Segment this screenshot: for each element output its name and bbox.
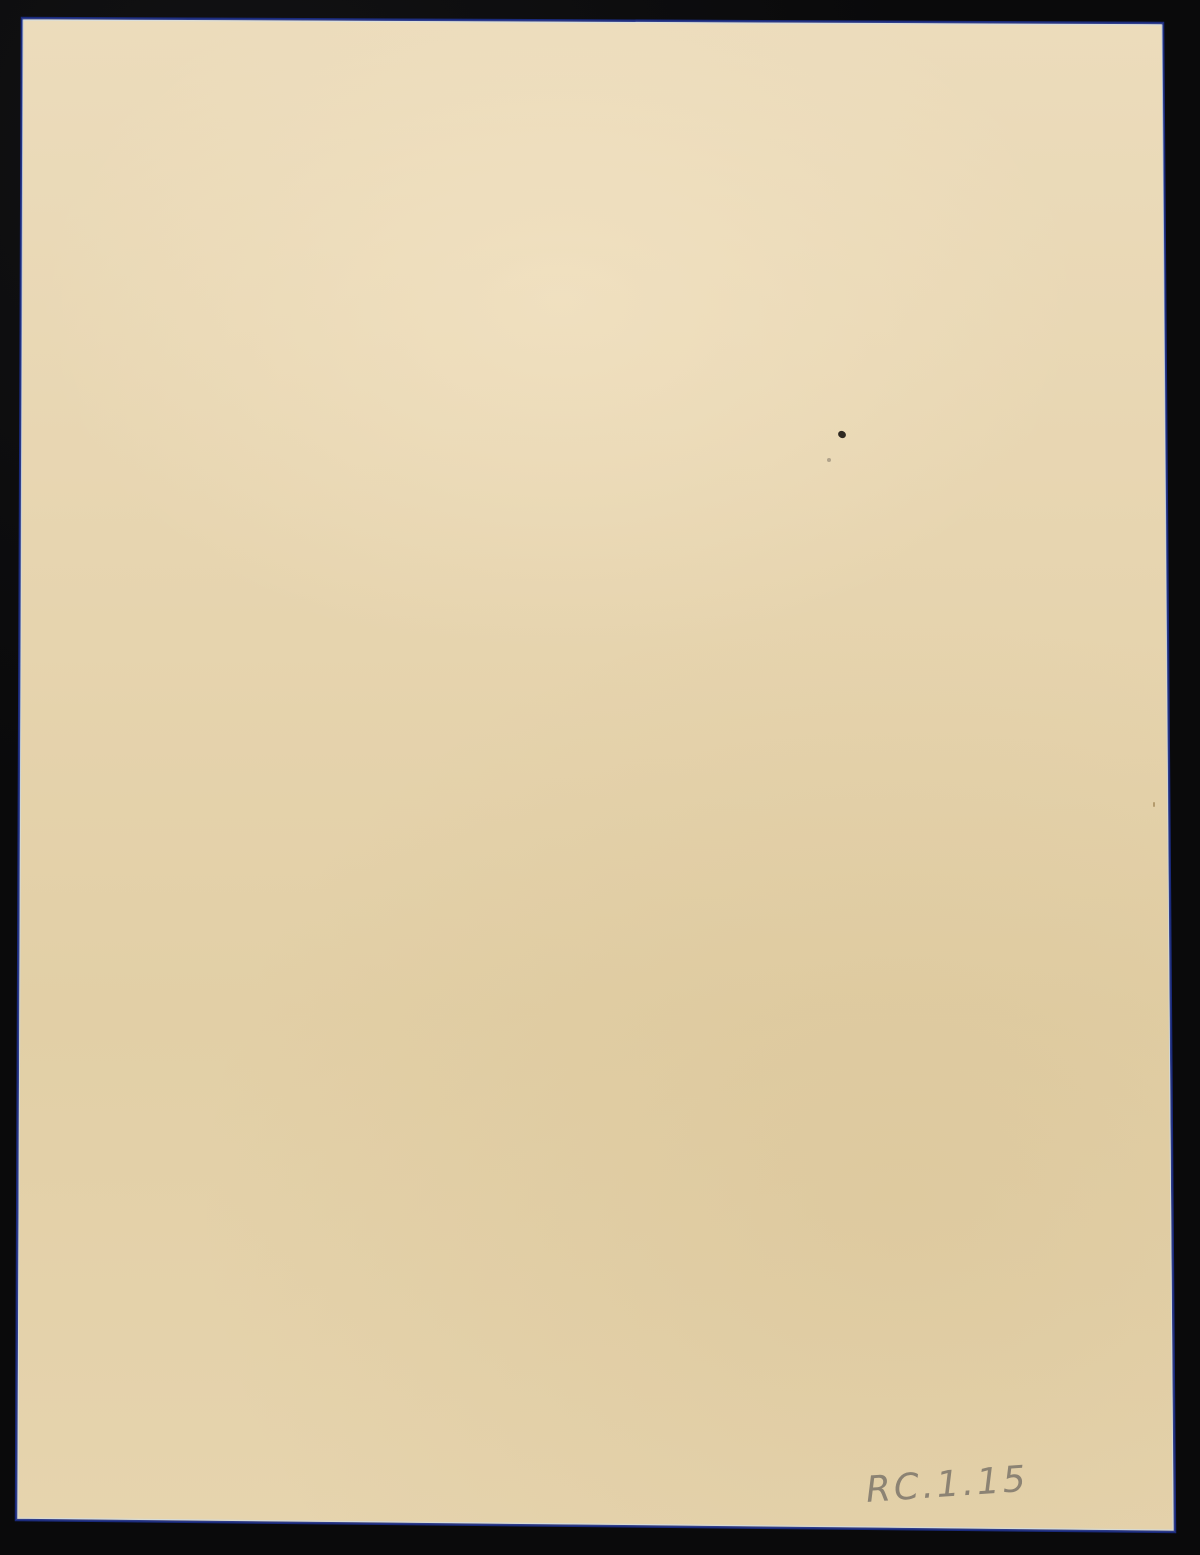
edge-mark <box>1153 802 1155 807</box>
paper-sheet <box>0 0 1200 1555</box>
faint-speck <box>827 458 831 462</box>
